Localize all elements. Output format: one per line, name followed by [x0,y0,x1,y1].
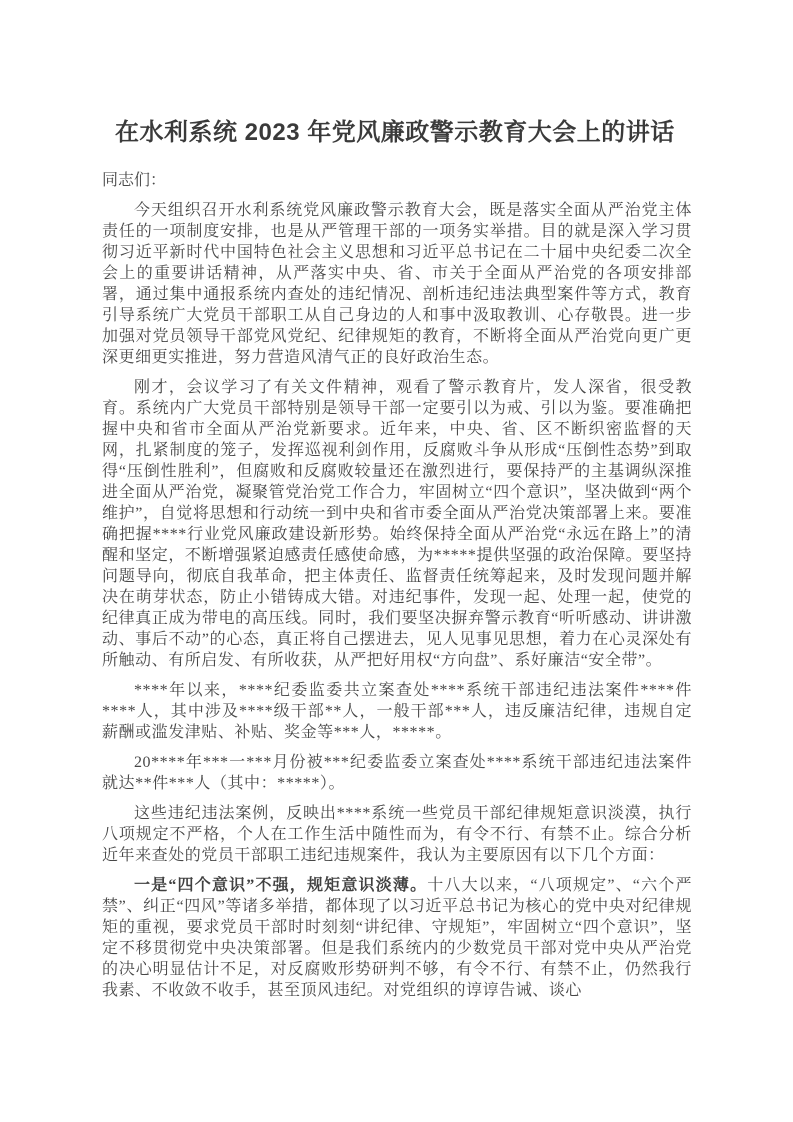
paragraph-2-text: 刚才，会议学习了有关文件精神，观看了警示教育片，发人深省，很受教育。系统内广大党… [102,379,692,669]
paragraph-5-text: 这些违纪违法案例，反映出****系统一些党员干部纪律规矩意识淡漠，执行八项规定不… [102,805,692,864]
salutation: 同志们： [102,170,692,191]
paragraph-1: 今天组织召开水利系统党风廉政警示教育大会，既是落实全面从严治党主体责任的一项制度… [102,200,692,368]
paragraph-6-text: 十八大以来，“八项规定”、“六个严禁”、纠正“四风”等诸多举措，都体现了以习近平… [102,877,692,999]
paragraph-4-text: 20****年***一***月份被***纪委监委立案查处****系统干部违纪违法… [102,754,692,792]
document-content: 在水利系统 2023 年党风廉政警示教育大会上的讲话 同志们： 今天组织召开水利… [102,118,692,1010]
paragraph-4: 20****年***一***月份被***纪委监委立案查处****系统干部违纪违法… [102,752,692,794]
paragraph-6-bold-lead: 一是“四个意识”不强，规矩意识淡薄。 [134,877,427,894]
document-title: 在水利系统 2023 年党风廉政警示教育大会上的讲话 [115,118,692,148]
paragraph-5: 这些违纪违法案例，反映出****系统一些党员干部纪律规矩意识淡漠，执行八项规定不… [102,803,692,866]
paragraph-3-text: ****年以来，****纪委监委共立案查处****系统干部违纪违法案件****件… [102,682,692,741]
paragraph-6: 一是“四个意识”不强，规矩意识淡薄。十八大以来，“八项规定”、“六个严禁”、纠正… [102,875,692,1001]
document-page: 在水利系统 2023 年党风廉政警示教育大会上的讲话 同志们： 今天组织召开水利… [0,0,793,1122]
paragraph-1-text: 今天组织召开水利系统党风廉政警示教育大会，既是落实全面从严治党主体责任的一项制度… [102,202,692,366]
paragraph-3: ****年以来，****纪委监委共立案查处****系统干部违纪违法案件****件… [102,680,692,743]
paragraph-2: 刚才，会议学习了有关文件精神，观看了警示教育片，发人深省，很受教育。系统内广大党… [102,377,692,671]
